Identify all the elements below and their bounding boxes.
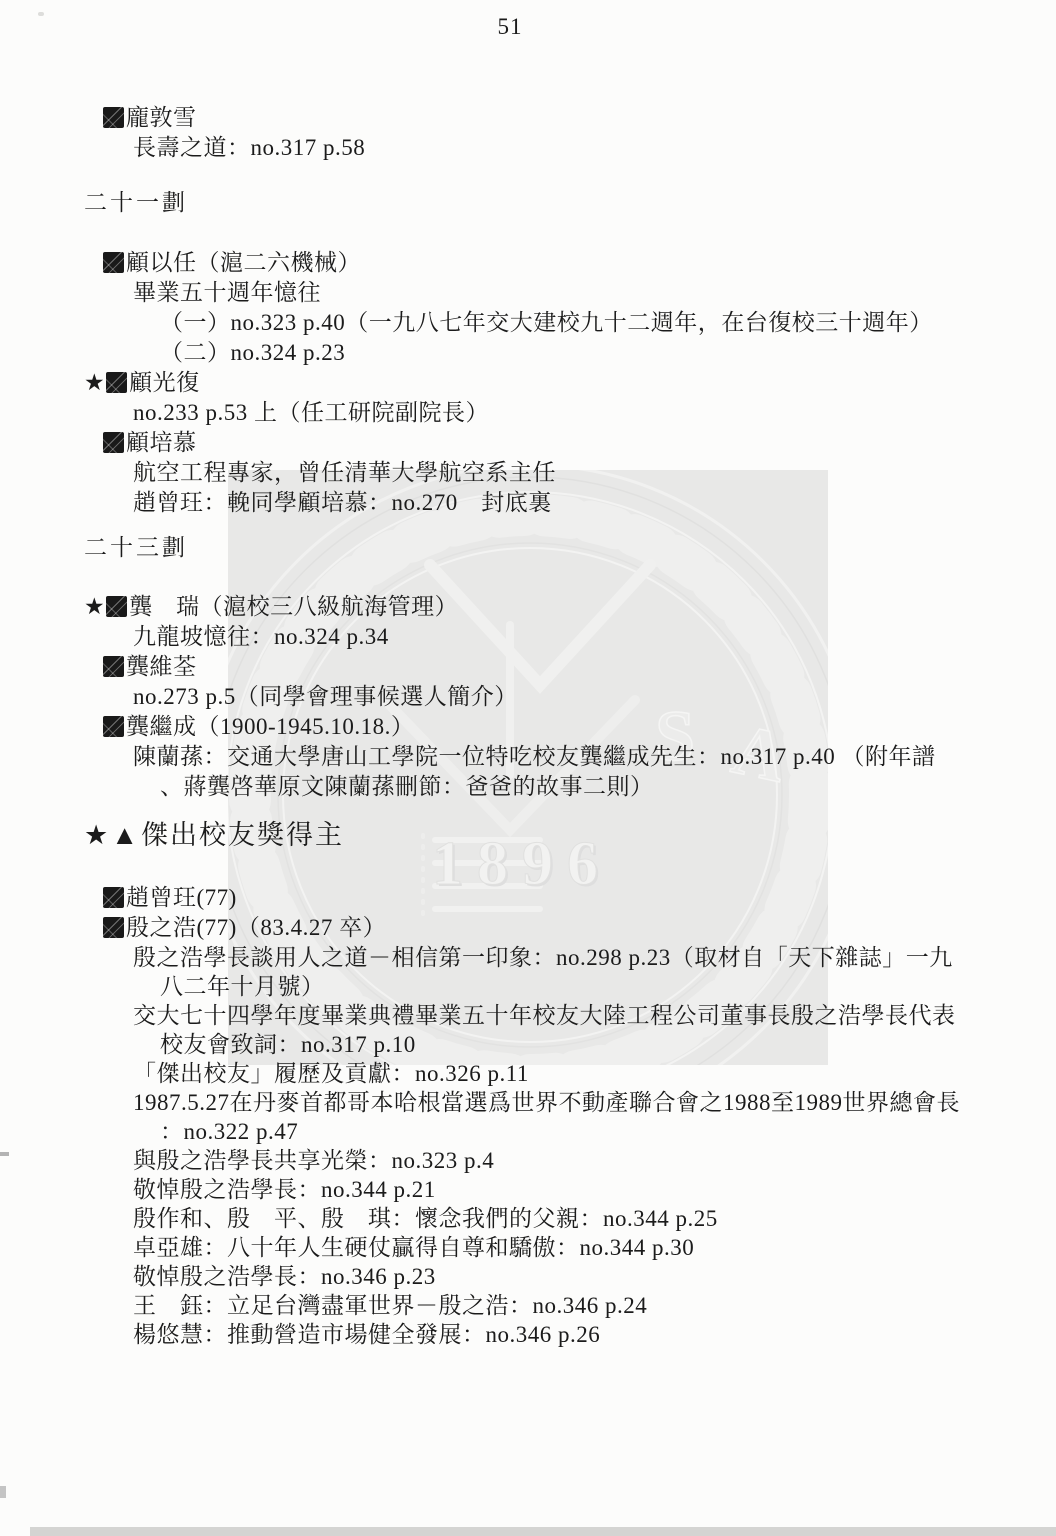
section-header: 二十三劃 bbox=[0, 533, 1056, 563]
text-line: 殷之浩學長談用人之道－相信第一印象：no.298 p.23（取材自「天下雜誌」一… bbox=[0, 943, 1056, 972]
text-line: 「傑出校友」履歷及貢獻：no.326 p.11 bbox=[0, 1059, 1056, 1088]
line-text: 殷作和、殷 平、殷 琪：懷念我們的父親：no.344 p.25 bbox=[133, 1206, 718, 1231]
stamp-icon bbox=[103, 716, 124, 737]
entry-title-line: ★龔 瑞（滬校三八級航海管理） bbox=[0, 592, 1056, 622]
document-body: 龐敦雪長壽之道：no.317 p.58二十一劃顧以任（滬二六機械）畢業五十週年憶… bbox=[0, 0, 1056, 1349]
line-text: 殷之浩(77)（83.4.27 卒） bbox=[126, 915, 386, 940]
line-text: 二十三劃 bbox=[84, 535, 188, 560]
entry-title-line: 龐敦雪 bbox=[0, 103, 1056, 133]
text-line: 、蔣龔啓華原文陳蘭蓀刪節：爸爸的故事二則） bbox=[0, 772, 1056, 802]
text-line: 交大七十四學年度畢業典禮畢業五十年校友大陸工程公司董事長殷之浩學長代表 bbox=[0, 1001, 1056, 1030]
text-line: 航空工程專家，曾任清華大學航空系主任 bbox=[0, 458, 1056, 488]
line-text: 「傑出校友」履歷及貢獻：no.326 p.11 bbox=[133, 1061, 529, 1086]
stamp-icon bbox=[103, 107, 124, 128]
line-text: （一）no.323 p.40（一九八七年交大建校九十二週年，在台復校三十週年） bbox=[160, 310, 933, 335]
line-text: 交大七十四學年度畢業典禮畢業五十年校友大陸工程公司董事長殷之浩學長代表 bbox=[133, 1003, 956, 1028]
line-text: 與殷之浩學長共享光榮：no.323 p.4 bbox=[133, 1148, 494, 1173]
line-text: 趙曾玨：輓同學顧培慕：no.270 封底裏 bbox=[133, 490, 552, 515]
stamp-icon bbox=[103, 917, 124, 938]
line-text: 長壽之道：no.317 p.58 bbox=[133, 135, 365, 160]
scan-artifact-dash bbox=[0, 1486, 6, 1498]
line-text: 龔維荃 bbox=[126, 654, 197, 679]
scan-artifact-dash bbox=[0, 1152, 9, 1156]
entry-title-line: 殷之浩(77)（83.4.27 卒） bbox=[0, 913, 1056, 943]
line-text: 陳蘭蓀：交通大學唐山工學院一位特吃校友龔繼成先生：no.317 p.40 （附年… bbox=[133, 744, 936, 769]
line-text: no.273 p.5（同學會理事候選人簡介） bbox=[133, 684, 518, 709]
entry-title-line: ★▲傑出校友獎得主 bbox=[0, 817, 1056, 853]
line-text: 校友會致詞：no.317 p.10 bbox=[160, 1032, 416, 1057]
text-line: 卓亞雄：八十年人生硬仗贏得自尊和驕傲：no.344 p.30 bbox=[0, 1233, 1056, 1262]
line-text: 殷之浩學長談用人之道－相信第一印象：no.298 p.23（取材自「天下雜誌」一… bbox=[133, 945, 953, 970]
line-text: 航空工程專家，曾任清華大學航空系主任 bbox=[133, 460, 556, 485]
text-line: 敬悼殷之浩學長：no.346 p.23 bbox=[0, 1262, 1056, 1291]
stamp-icon bbox=[103, 887, 124, 908]
scan-artifact-speck bbox=[38, 12, 44, 16]
line-text: 楊悠慧：推動營造市場健全發展：no.346 p.26 bbox=[133, 1322, 600, 1347]
text-line: （一）no.323 p.40（一九八七年交大建校九十二週年，在台復校三十週年） bbox=[0, 308, 1056, 338]
section-header: 二十一劃 bbox=[0, 188, 1056, 218]
text-line: 與殷之浩學長共享光榮：no.323 p.4 bbox=[0, 1146, 1056, 1175]
entry-title-line: ★顧光復 bbox=[0, 368, 1056, 398]
text-line: 趙曾玨：輓同學顧培慕：no.270 封底裏 bbox=[0, 488, 1056, 518]
text-line: 校友會致詞：no.317 p.10 bbox=[0, 1030, 1056, 1059]
line-text: 八二年十月號） bbox=[160, 974, 325, 999]
stamp-icon bbox=[106, 596, 127, 617]
text-line: 長壽之道：no.317 p.58 bbox=[0, 133, 1056, 163]
line-text: 龔 瑞（滬校三八級航海管理） bbox=[129, 594, 458, 619]
line-text: 敬悼殷之浩學長：no.344 p.21 bbox=[133, 1177, 436, 1202]
line-text: 趙曾玨(77) bbox=[126, 885, 237, 910]
text-line: 王 鈺：立足台灣盡軍世界－殷之浩：no.346 p.24 bbox=[0, 1291, 1056, 1320]
entry-title-line: 趙曾玨(77) bbox=[0, 883, 1056, 913]
entry-title-line: 龔繼成（1900-1945.10.18.） bbox=[0, 712, 1056, 742]
line-text: 敬悼殷之浩學長：no.346 p.23 bbox=[133, 1264, 436, 1289]
text-line: 1987.5.27在丹麥首都哥本哈根當選爲世界不動產聯合會之1988至1989世… bbox=[0, 1088, 1056, 1117]
text-line: no.273 p.5（同學會理事候選人簡介） bbox=[0, 682, 1056, 712]
text-line: 楊悠慧：推動營造市場健全發展：no.346 p.26 bbox=[0, 1320, 1056, 1349]
text-line: 九龍坡憶往：no.324 p.34 bbox=[0, 622, 1056, 652]
text-line: 畢業五十週年憶往 bbox=[0, 278, 1056, 308]
line-text: 王 鈺：立足台灣盡軍世界－殷之浩：no.346 p.24 bbox=[133, 1293, 647, 1318]
line-text: 傑出校友獎得主 bbox=[141, 820, 344, 850]
entry-title-line: 顧培慕 bbox=[0, 428, 1056, 458]
entry-title-line: 龔維荃 bbox=[0, 652, 1056, 682]
text-line: ：no.322 p.47 bbox=[0, 1117, 1056, 1146]
text-line: 陳蘭蓀：交通大學唐山工學院一位特吃校友龔繼成先生：no.317 p.40 （附年… bbox=[0, 742, 1056, 772]
text-line: no.233 p.53 上（任工研院副院長） bbox=[0, 398, 1056, 428]
entry-title-line: 顧以任（滬二六機械） bbox=[0, 248, 1056, 278]
star-icon: ★ bbox=[84, 368, 105, 398]
scan-artifact-bottom-band bbox=[30, 1527, 1056, 1536]
line-text: ：no.322 p.47 bbox=[160, 1119, 298, 1144]
line-text: 、蔣龔啓華原文陳蘭蓀刪節：爸爸的故事二則） bbox=[160, 774, 654, 799]
line-text: 1987.5.27在丹麥首都哥本哈根當選爲世界不動產聯合會之1988至1989世… bbox=[133, 1090, 960, 1115]
star-icon: ★ bbox=[84, 592, 105, 622]
line-text: 卓亞雄：八十年人生硬仗贏得自尊和驕傲：no.344 p.30 bbox=[133, 1235, 694, 1260]
text-line: （二）no.324 p.23 bbox=[0, 338, 1056, 368]
line-text: 龔繼成（1900-1945.10.18.） bbox=[126, 714, 414, 739]
triangle-icon: ▲ bbox=[111, 817, 140, 853]
scanned-page: { "page": { "number": "51" }, "glyphs": … bbox=[0, 0, 1056, 1536]
stamp-icon bbox=[103, 432, 124, 453]
text-line: 八二年十月號） bbox=[0, 972, 1056, 1001]
line-text: （二）no.324 p.23 bbox=[160, 340, 345, 365]
line-text: 顧光復 bbox=[129, 370, 200, 395]
line-text: 畢業五十週年憶往 bbox=[133, 280, 321, 305]
line-text: 顧培慕 bbox=[126, 430, 197, 455]
text-line: 殷作和、殷 平、殷 琪：懷念我們的父親：no.344 p.25 bbox=[0, 1204, 1056, 1233]
line-text: 二十一劃 bbox=[84, 190, 188, 215]
line-text: 龐敦雪 bbox=[126, 105, 197, 130]
stamp-icon bbox=[106, 372, 127, 393]
line-text: no.233 p.53 上（任工研院副院長） bbox=[133, 400, 489, 425]
page-number: 51 bbox=[0, 12, 1038, 42]
stamp-icon bbox=[103, 656, 124, 677]
text-line: 敬悼殷之浩學長：no.344 p.21 bbox=[0, 1175, 1056, 1204]
line-text: 顧以任（滬二六機械） bbox=[126, 250, 361, 275]
stamp-icon bbox=[103, 252, 124, 273]
line-text: 九龍坡憶往：no.324 p.34 bbox=[133, 624, 389, 649]
star-icon: ★ bbox=[84, 817, 110, 853]
